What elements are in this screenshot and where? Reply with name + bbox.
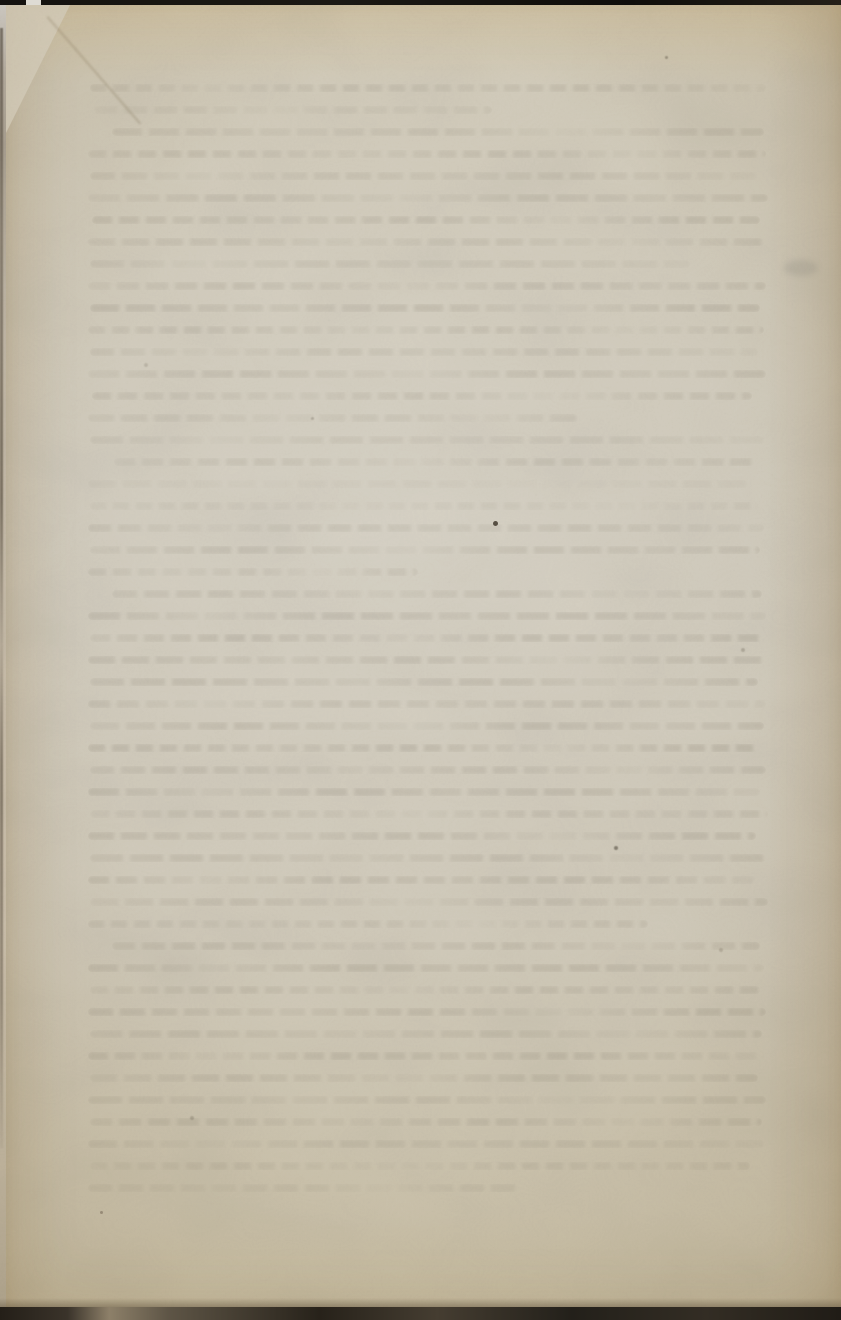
ghost-text-line — [112, 942, 760, 950]
ghost-text-lines — [6, 0, 841, 1320]
ghost-text-line — [88, 920, 648, 928]
paper-speck — [493, 521, 498, 526]
ghost-text-line — [88, 612, 766, 620]
ghost-text-line — [88, 700, 766, 708]
ghost-text-line — [112, 590, 762, 598]
ghost-text-line — [88, 480, 748, 488]
ghost-text-line — [90, 502, 758, 510]
ghost-text-line — [92, 392, 752, 400]
ghost-text-line — [88, 788, 760, 796]
paper-speck — [311, 417, 314, 420]
ghost-text-line — [92, 216, 760, 224]
ghost-text-line — [88, 1096, 766, 1104]
spine-shadow — [0, 28, 3, 1148]
ghost-text-line — [90, 260, 690, 268]
scan-edge-top — [0, 0, 841, 5]
paper-smudge — [784, 260, 818, 276]
ghost-text-line — [88, 1184, 518, 1192]
paper-speck — [719, 948, 723, 952]
ghost-text-line — [88, 282, 766, 290]
ghost-text-line — [114, 458, 754, 466]
ghost-text-line — [90, 722, 764, 730]
ghost-text-line — [88, 568, 418, 576]
ghost-text-line — [90, 546, 760, 554]
paper-speck — [144, 363, 148, 367]
ghost-text-line — [90, 172, 762, 180]
ghost-text-line — [88, 744, 758, 752]
scan-edge-bottom — [0, 1307, 841, 1320]
scan-edge-top-notch — [26, 0, 41, 5]
ghost-text-line — [88, 238, 764, 246]
ghost-text-line — [88, 524, 764, 532]
ghost-text-line — [112, 128, 764, 136]
ghost-text-line — [90, 1162, 750, 1170]
ghost-text-line — [88, 194, 768, 202]
ghost-text-line — [88, 326, 764, 334]
ghost-text-line — [94, 106, 492, 114]
ghost-text-line — [88, 832, 756, 840]
ghost-text-line — [88, 876, 760, 884]
ghost-text-line — [90, 348, 758, 356]
ghost-text-line — [88, 1052, 764, 1060]
ghost-text-line — [90, 304, 760, 312]
ghost-text-line — [88, 1140, 764, 1148]
paper-speck — [190, 1116, 194, 1120]
ghost-text-line — [88, 414, 578, 422]
ghost-text-line — [90, 84, 766, 92]
paper-speck — [614, 846, 618, 850]
ghost-text-line — [90, 854, 766, 862]
ghost-text-line — [88, 656, 764, 664]
ghost-text-line — [90, 634, 762, 642]
paper-speck — [100, 1211, 103, 1214]
ghost-text-line — [88, 150, 766, 158]
paper-speck — [741, 648, 745, 652]
ghost-text-line — [90, 810, 768, 818]
scan-edge-bottom-fade — [0, 1298, 841, 1307]
ghost-text-line — [90, 436, 764, 444]
ghost-text-line — [90, 678, 758, 686]
ghost-text-line — [88, 1008, 766, 1016]
paper-page — [6, 0, 841, 1320]
ghost-text-line — [90, 986, 760, 994]
ghost-text-line — [90, 766, 766, 774]
ghost-text-line — [90, 898, 768, 906]
ghost-text-line — [90, 1030, 762, 1038]
scanned-page — [0, 0, 841, 1320]
paper-speck — [665, 56, 668, 59]
ghost-text-line — [88, 964, 764, 972]
ghost-text-line — [90, 1074, 758, 1082]
ghost-text-line — [88, 370, 766, 378]
